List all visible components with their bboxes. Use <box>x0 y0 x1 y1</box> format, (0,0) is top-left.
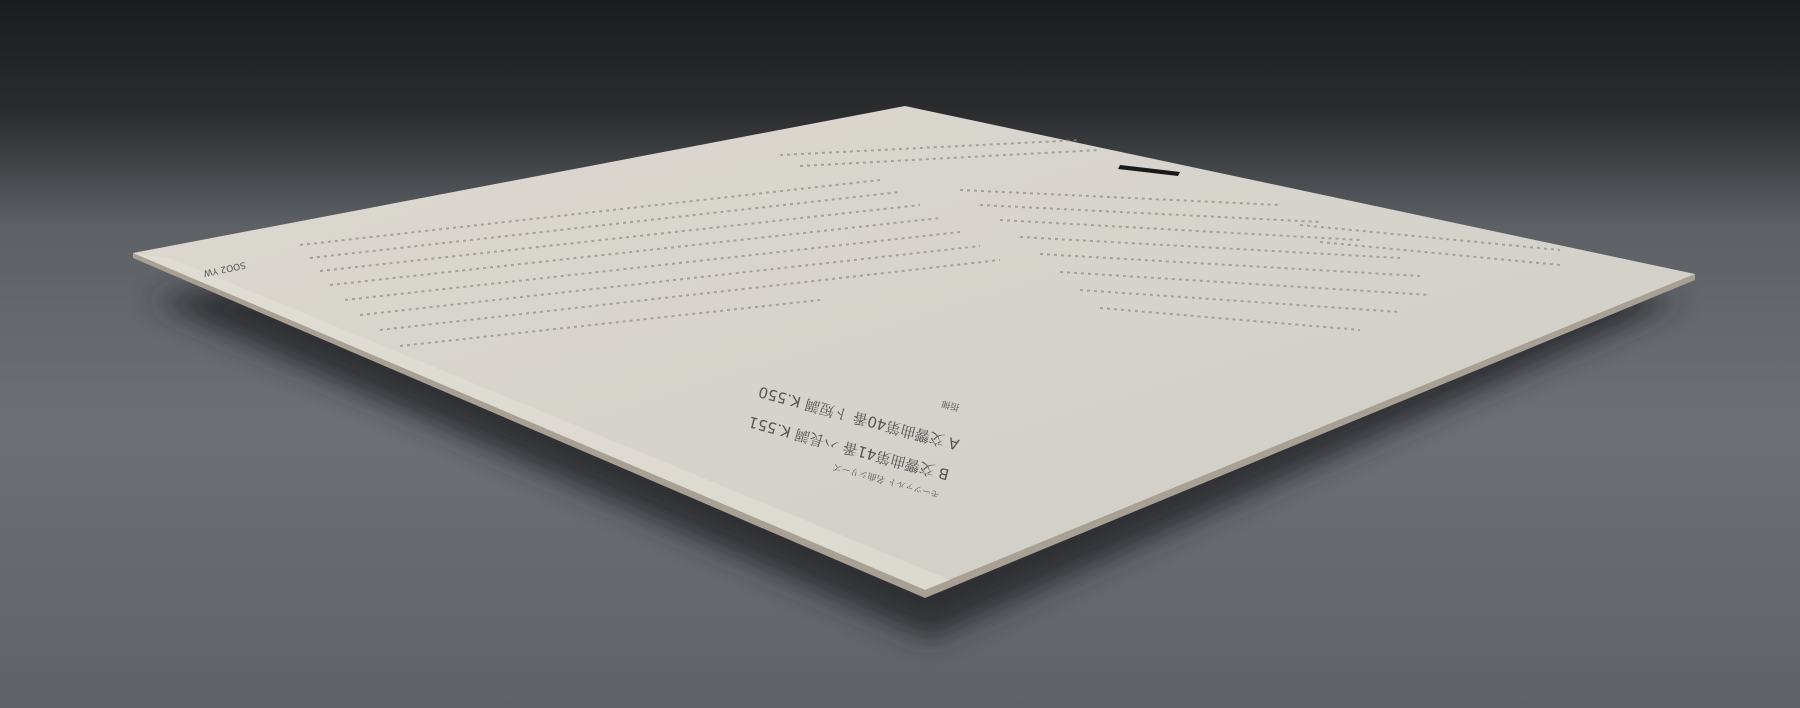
lp-jacket-photo: SOO2 YW A 交響曲第40番 ト短調 K.550 B 交響曲第41番 ハ長… <box>0 0 1800 708</box>
photo-scene: SOO2 YW A 交響曲第40番 ト短調 K.550 B 交響曲第41番 ハ長… <box>0 0 1800 708</box>
